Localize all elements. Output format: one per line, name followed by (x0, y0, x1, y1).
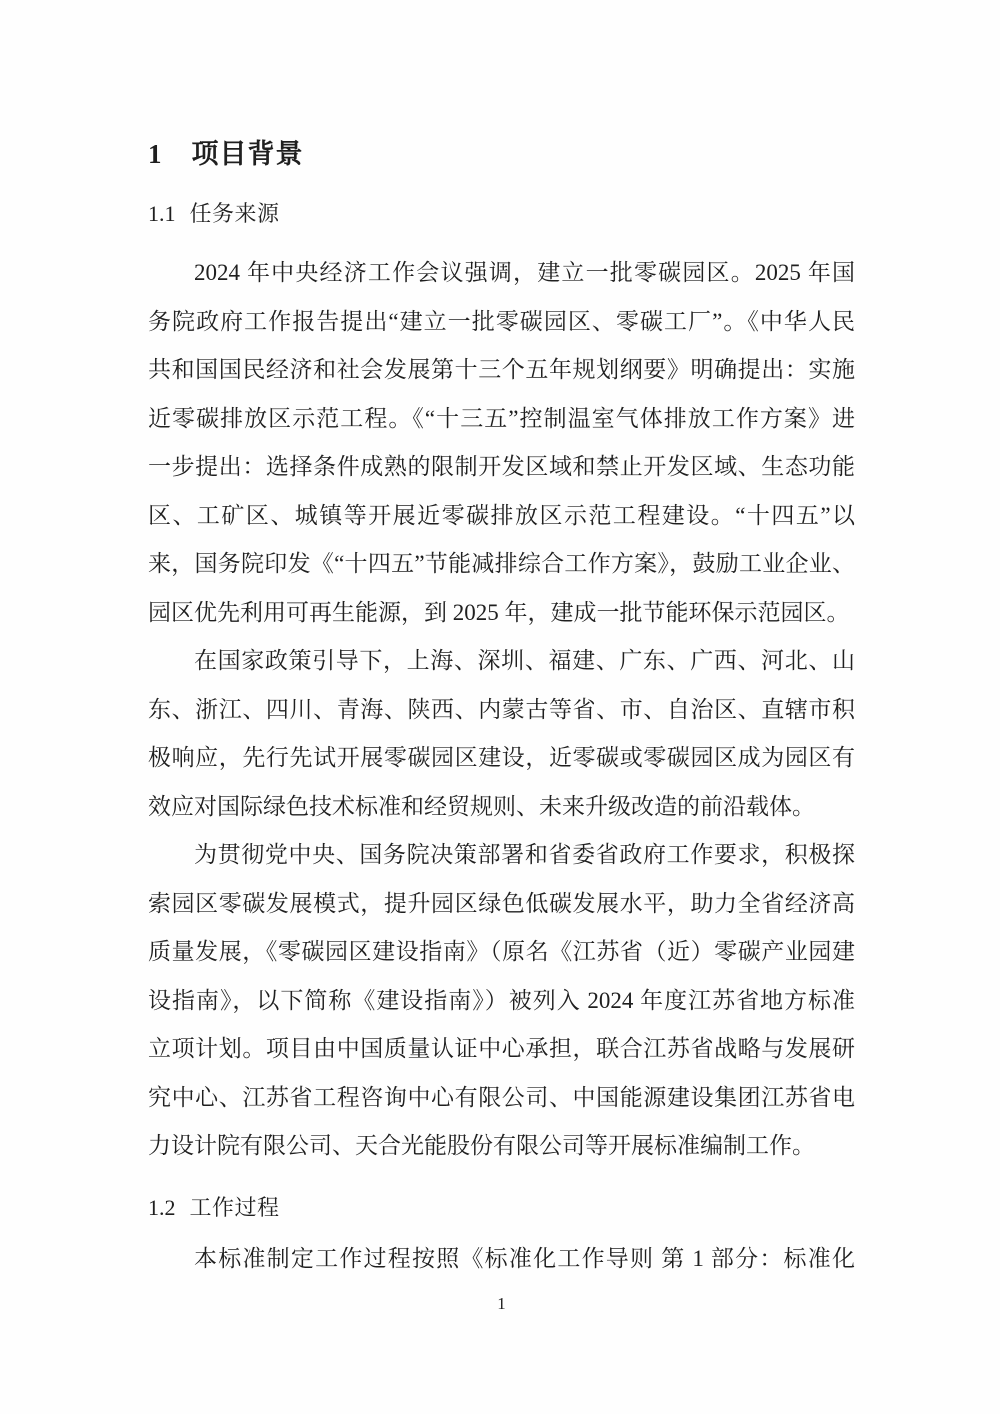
text-line: 来，国务院印发《“十四五”节能减排综合工作方案》，鼓励工业企业、 (148, 540, 855, 589)
heading-number: 1.2 (148, 1196, 176, 1219)
heading-title: 项目背景 (192, 139, 304, 169)
page-number: 1 (148, 1295, 855, 1313)
text-line: 东、浙江、四川、青海、陕西、内蒙古等省、市、自治区、直辖市积 (148, 686, 855, 735)
text-line: 近零碳排放区示范工程。《“十三五”控制温室气体排放工作方案》进 (148, 395, 855, 444)
paragraph-task-source-3: 为贯彻党中央、国务院决策部署和省委省政府工作要求，积极探索园区零碳发展模式，提升… (148, 831, 855, 1171)
text-line: 在国家政策引导下，上海、深圳、福建、广东、广西、河北、山 (148, 637, 855, 686)
section-heading-1: 1项目背景 (148, 140, 855, 168)
heading-title: 任务来源 (190, 201, 280, 226)
heading-number: 1.1 (148, 202, 176, 225)
text-line: 索园区零碳发展模式，提升园区绿色低碳发展水平，助力全省经济高 (148, 880, 855, 929)
text-line: 质量发展，《零碳园区建设指南》（原名《江苏省（近）零碳产业园建 (148, 928, 855, 977)
paragraph-task-source-1: 2024 年中央经济工作会议强调，建立一批零碳园区。2025 年国务院政府工作报… (148, 249, 855, 637)
text-line: 立项计划。项目由中国质量认证中心承担，联合江苏省战略与发展研 (148, 1025, 855, 1074)
section-heading-1-2: 1.2工作过程 (148, 1196, 855, 1219)
heading-title: 工作过程 (190, 1195, 280, 1220)
heading-number: 1 (148, 140, 162, 168)
section-heading-1-1: 1.1任务来源 (148, 202, 855, 225)
text-line: 务院政府工作报告提出“建立一批零碳园区、零碳工厂”。《中华人民 (148, 298, 855, 347)
text-line: 极响应，先行先试开展零碳园区建设，近零碳或零碳园区成为园区有 (148, 734, 855, 783)
paragraph-task-source-2: 在国家政策引导下，上海、深圳、福建、广东、广西、河北、山东、浙江、四川、青海、陕… (148, 637, 855, 831)
text-line: 效应对国际绿色技术标准和经贸规则、未来升级改造的前沿载体。 (148, 783, 855, 832)
text-line: 园区优先利用可再生能源，到 2025 年，建成一批节能环保示范园区。 (148, 589, 855, 638)
document-page: 1项目背景 1.1任务来源 2024 年中央经济工作会议强调，建立一批零碳园区。… (0, 0, 1000, 1414)
text-line: 区、工矿区、城镇等开展近零碳排放区示范工程建设。“十四五”以 (148, 492, 855, 541)
text-line: 为贯彻党中央、国务院决策部署和省委省政府工作要求，积极探 (148, 831, 855, 880)
text-line: 究中心、江苏省工程咨询中心有限公司、中国能源建设集团江苏省电 (148, 1074, 855, 1123)
text-line: 2024 年中央经济工作会议强调，建立一批零碳园区。2025 年国 (148, 249, 855, 298)
text-line: 共和国国民经济和社会发展第十三个五年规划纲要》明确提出：实施 (148, 346, 855, 395)
text-line: 力设计院有限公司、天合光能股份有限公司等开展标准编制工作。 (148, 1122, 855, 1171)
text-line: 设指南》，以下简称《建设指南》）被列入 2024 年度江苏省地方标准 (148, 977, 855, 1026)
paragraph-work-process-1: 本标准制定工作过程按照《标准化工作导则 第 1 部分：标准化 (148, 1235, 855, 1284)
text-line: 本标准制定工作过程按照《标准化工作导则 第 1 部分：标准化 (148, 1235, 855, 1284)
text-line: 一步提出：选择条件成熟的限制开发区域和禁止开发区域、生态功能 (148, 443, 855, 492)
page-content: 1项目背景 1.1任务来源 2024 年中央经济工作会议强调，建立一批零碳园区。… (0, 0, 1000, 1313)
